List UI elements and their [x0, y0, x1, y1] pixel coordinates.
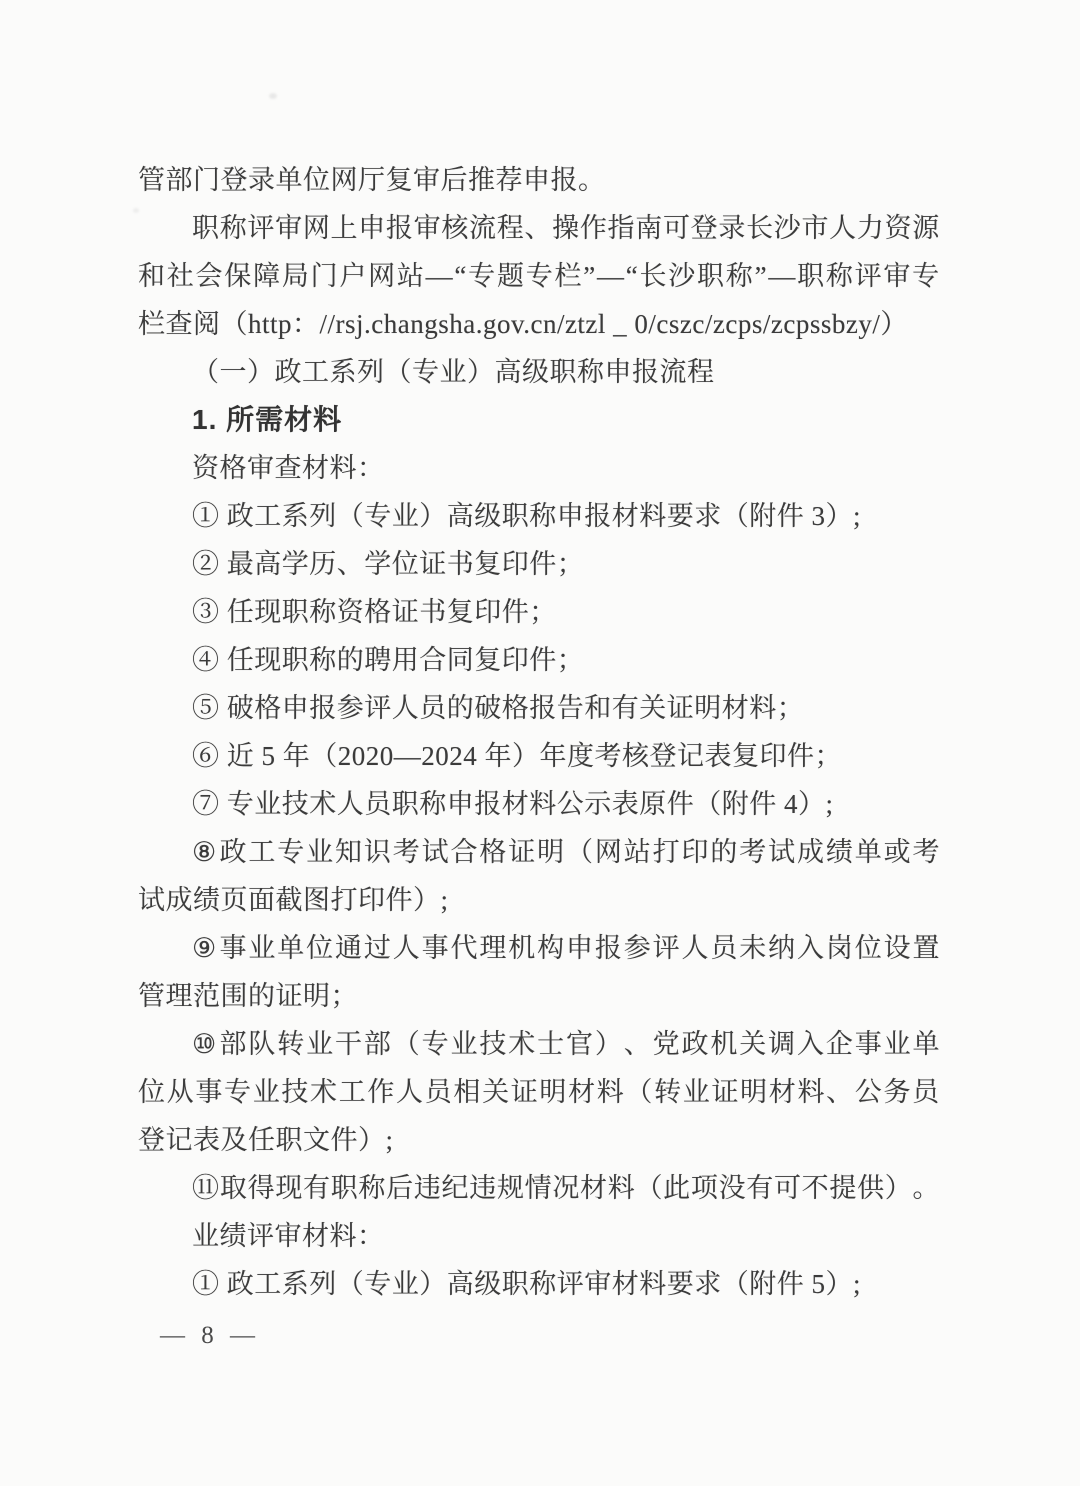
document-line: ⑩ 部队转业干部（专业技术士官）、党政机关调入企事业单	[138, 1020, 940, 1068]
document-body: 管部门登录单位网厅复审后推荐申报。职称评审网上申报审核流程、操作指南可登录长沙市…	[138, 156, 940, 1308]
document-line: 登记表及任职文件）;	[138, 1116, 940, 1164]
document-line: ⑧ 政工专业知识考试合格证明（网站打印的考试成绩单或考	[138, 828, 940, 876]
scan-speck	[269, 93, 277, 99]
document-line: 试成绩页面截图打印件）;	[138, 876, 940, 924]
document-line: ⑦ 专业技术人员职称申报材料公示表原件（附件 4）;	[138, 780, 940, 828]
document-line: 和社会保障局门户网站—“专题专栏”—“长沙职称”—职称评审专	[138, 252, 940, 300]
document-line: 管理范围的证明；	[138, 972, 940, 1020]
document-line: ⑤ 破格申报参评人员的破格报告和有关证明材料；	[138, 684, 940, 732]
document-line: ③ 任现职称资格证书复印件；	[138, 588, 940, 636]
document-line: ① 政工系列（专业）高级职称评审材料要求（附件 5）;	[138, 1260, 940, 1308]
document-line: ⑪ 取得现有职称后违纪违规情况材料（此项没有可不提供）。	[138, 1164, 940, 1212]
document-line: 1. 所需材料	[138, 396, 940, 444]
document-line: 资格审查材料：	[138, 444, 940, 492]
document-line: ④ 任现职称的聘用合同复印件；	[138, 636, 940, 684]
scanned-document-page: 管部门登录单位网厅复审后推荐申报。职称评审网上申报审核流程、操作指南可登录长沙市…	[0, 0, 1080, 1486]
document-line: ② 最高学历、学位证书复印件；	[138, 540, 940, 588]
document-line: ⑨ 事业单位通过人事代理机构申报参评人员未纳入岗位设置	[138, 924, 940, 972]
document-line: 栏查阅（http：//rsj.changsha.gov.cn/ztzl _ 0/…	[138, 300, 940, 348]
document-line: ⑥ 近 5 年（2020—2024 年）年度考核登记表复印件；	[138, 732, 940, 780]
document-line: ① 政工系列（专业）高级职称申报材料要求（附件 3）;	[138, 492, 940, 540]
page-number: — 8 —	[160, 1320, 260, 1352]
document-line: 职称评审网上申报审核流程、操作指南可登录长沙市人力资源	[138, 204, 940, 252]
document-line: 位从事专业技术工作人员相关证明材料（转业证明材料、公务员	[138, 1068, 940, 1116]
document-line: 管部门登录单位网厅复审后推荐申报。	[138, 156, 940, 204]
document-line: 业绩评审材料：	[138, 1212, 940, 1260]
document-line: （一）政工系列（专业）高级职称申报流程	[138, 348, 940, 396]
